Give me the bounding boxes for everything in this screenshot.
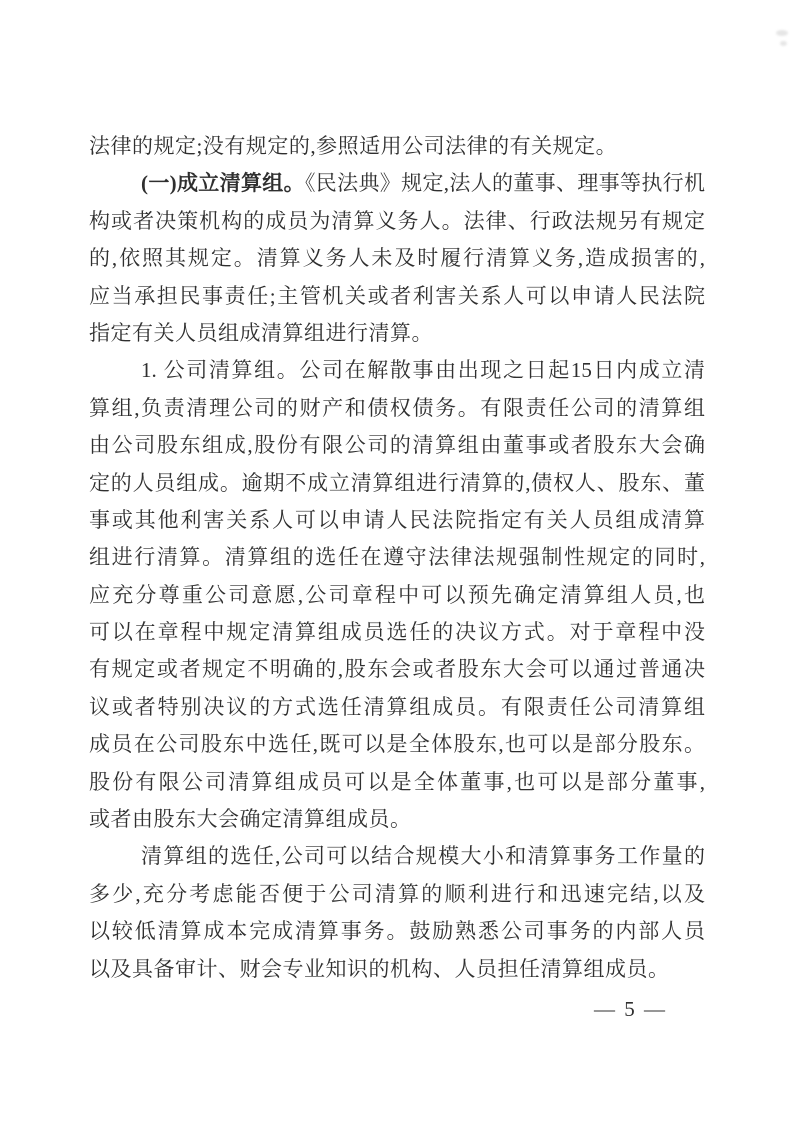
text-line: (一)成立清算组。《民法典》规定,法人的董事、理事等执行机: [89, 165, 705, 202]
text-line: 有规定或者规定不明确的,股东会或者股东大会可以通过普通决: [89, 651, 705, 688]
bold-heading: (一)成立清算组。: [141, 171, 305, 195]
scan-smudge-icon: [776, 30, 788, 36]
text-line: 或者由股东大会确定清算组成员。: [89, 801, 705, 838]
text-line: 清算组的选任,公司可以结合规模大小和清算事务工作量的: [89, 838, 705, 875]
text-line: 组进行清算。清算组的选任在遵守法律法规强制性规定的同时,: [89, 539, 705, 576]
line-text: 《民法典》规定,法人的董事、理事等执行机: [305, 171, 705, 195]
text-line: 1. 公司清算组。公司在解散事由出现之日起15日内成立清: [89, 352, 705, 389]
text-line: 由公司股东组成,股份有限公司的清算组由董事或者股东大会确: [89, 427, 705, 464]
text-line: 指定有关人员组成清算组进行清算。: [89, 315, 705, 352]
scanned-page: 法律的规定;没有规定的,参照适用公司法律的有关规定。(一)成立清算组。《民法典》…: [0, 0, 793, 1123]
scan-smudge-icon: [780, 41, 787, 46]
text-line: 议或者特别决议的方式选任清算组成员。有限责任公司清算组: [89, 689, 705, 726]
text-line: 法律的规定;没有规定的,参照适用公司法律的有关规定。: [89, 128, 705, 165]
text-line: 股份有限公司清算组成员可以是全体董事,也可以是部分董事,: [89, 764, 705, 801]
text-line: 可以在章程中规定清算组成员选任的决议方式。对于章程中没: [89, 614, 705, 651]
text-line: 事或其他利害关系人可以申请人民法院指定有关人员组成清算: [89, 502, 705, 539]
text-line: 应充分尊重公司意愿,公司章程中可以预先确定清算组人员,也: [89, 577, 705, 614]
text-line: 成员在公司股东中选任,既可以是全体股东,也可以是部分股东。: [89, 726, 705, 763]
text-line: 算组,负责清理公司的财产和债权债务。有限责任公司的清算组: [89, 390, 705, 427]
text-line: 多少,充分考虑能否便于公司清算的顺利进行和迅速完结,以及: [89, 876, 705, 913]
text-line: 构或者决策机构的成员为清算义务人。法律、行政法规另有规定: [89, 203, 705, 240]
text-line: 应当承担民事责任;主管机关或者利害关系人可以申请人民法院: [89, 278, 705, 315]
text-line: 以较低清算成本完成清算事务。鼓励熟悉公司事务的内部人员: [89, 913, 705, 950]
text-line: 的,依照其规定。清算义务人未及时履行清算义务,造成损害的,: [89, 240, 705, 277]
page-number: — 5 —: [594, 997, 667, 1022]
text-line: 以及具备审计、财会专业知识的机构、人员担任清算组成员。: [89, 951, 705, 988]
document-body: 法律的规定;没有规定的,参照适用公司法律的有关规定。(一)成立清算组。《民法典》…: [89, 128, 705, 988]
text-line: 定的人员组成。逾期不成立清算组进行清算的,债权人、股东、董: [89, 465, 705, 502]
